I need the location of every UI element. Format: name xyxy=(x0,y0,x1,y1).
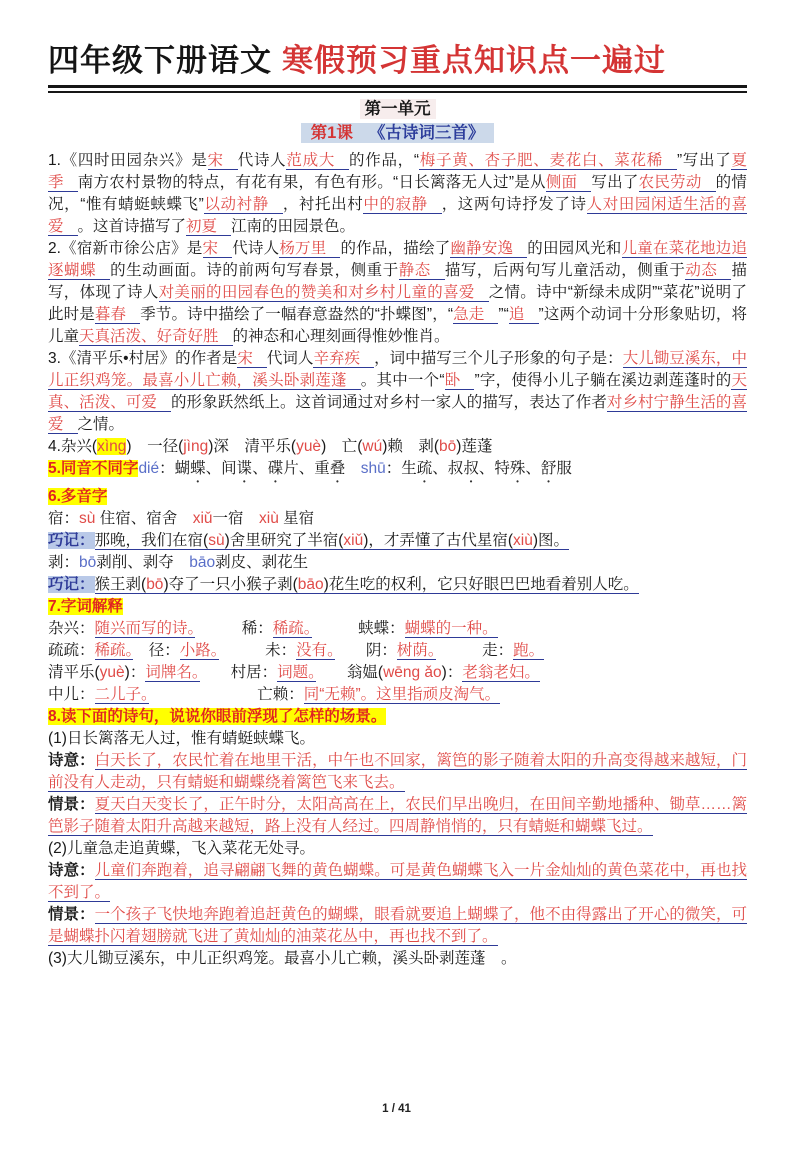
text-segment: yuè xyxy=(100,664,125,681)
text-segment: 侧面 xyxy=(546,174,592,192)
text-segment: 叔 xyxy=(463,460,479,477)
text-segment: )赖 剥( xyxy=(382,438,439,455)
text-segment: 诗意： xyxy=(48,862,95,879)
text-segment: 辛弃疾 xyxy=(313,350,374,368)
q3-paragraph: 3.《清平乐•村居》的作者是宋代词人辛弃疾，词中描写三个儿子形象的句子是：大儿锄… xyxy=(48,348,747,436)
text-segment: 3.《清平乐•村居》的作者是 xyxy=(48,350,237,367)
text-segment: )夺了一只小猴子剥( xyxy=(163,576,297,594)
text-segment: wēng ǎo xyxy=(383,664,442,681)
text-segment: 的生动画面。诗的前两句写春景，侧重于 xyxy=(110,262,399,279)
text-segment: 、 xyxy=(252,460,268,477)
text-segment: xiǔ xyxy=(193,510,213,527)
text-segment: 农民劳动 xyxy=(639,174,716,192)
text-segment: 代诗人 xyxy=(238,152,287,169)
text-segment: xiǔ xyxy=(343,532,363,550)
text-segment: 儿童们奔跑着，追寻翩翩飞舞的黄色蝴蝶。可是黄色蝴蝶飞入一片金灿灿的黄色菜花中，再… xyxy=(48,862,747,902)
text-segment: 动态 xyxy=(685,262,731,280)
text-segment: 。这首诗描写了 xyxy=(78,218,187,235)
text-segment: bāo xyxy=(298,576,324,594)
text-segment: 6.多音字 xyxy=(48,488,107,505)
text-segment: 殊 xyxy=(510,460,526,477)
text-segment: 蛱蝶： xyxy=(312,620,405,637)
q8-meaning2: 诗意：儿童们奔跑着，追寻翩翩飞舞的黄色蝴蝶。可是黄色蝴蝶飞入一片金灿灿的黄色菜花… xyxy=(48,860,747,904)
q7-defs-row1: 杂兴：随兴而写的诗。 稀：稀疏。 蛱蝶：蝴蝶的一种。 xyxy=(48,618,747,640)
text-segment: 那晚，我们在宿( xyxy=(95,532,209,550)
q7-defs-row4: 中儿：二儿子。 亡赖：同“无赖”。这里指顽皮淘气。 xyxy=(48,684,747,706)
text-segment: 词牌名。 xyxy=(145,664,199,682)
text-segment: )花生吃的权利，它只好眼巴巴地看着别人吃。 xyxy=(324,576,639,594)
text-segment: bāo xyxy=(189,554,215,571)
q6-bo-line: 剥：bō剥削、剥夺 bāo剥皮、剥花生 xyxy=(48,552,747,574)
text-segment: )，才弄懂了古代星宿( xyxy=(363,532,513,550)
text-segment: 静态 xyxy=(399,262,445,280)
text-segment: 白天长了，农民忙着在地里干活，中午也不回家，篱笆的影子随着太阳的升高变得越来越短… xyxy=(48,752,747,792)
text-segment: 叠 xyxy=(330,460,346,477)
text-segment: )： xyxy=(442,664,463,681)
q7-header: 7.字词解释 xyxy=(48,596,747,618)
q8-verse3: (3)大儿锄豆溪东，中儿正织鸡笼。最喜小儿亡赖，溪头卧剥莲蓬 。 xyxy=(48,948,747,970)
q2-paragraph: 2.《宿新市徐公店》是宋代诗人杨万里的作品，描绘了幽静安逸的田园风光和儿童在菜花… xyxy=(48,238,747,348)
text-segment: 星宿 xyxy=(279,510,314,527)
text-segment: 未： xyxy=(219,642,297,659)
text-segment: 对美丽的田园春色的赞美和对乡村儿童的喜爱 xyxy=(159,284,489,302)
text-segment: 。其中一个“ xyxy=(361,372,445,389)
text-segment: 剥皮、剥花生 xyxy=(215,554,308,571)
text-segment: 稀疏。 xyxy=(273,620,312,638)
text-segment: ”字，使得小儿子躺在溪边剥莲蓬时的 xyxy=(474,372,731,389)
text-segment: 一宿 xyxy=(213,510,260,527)
text-segment: 词题。 xyxy=(277,664,316,682)
text-segment: 谍 xyxy=(237,460,253,477)
text-segment: 幽静安逸 xyxy=(450,240,527,258)
page-number: 1 / 41 xyxy=(0,1103,793,1115)
text-segment: 之情。 xyxy=(78,416,125,433)
text-segment: )图。 xyxy=(533,532,569,550)
text-segment: 宋 xyxy=(208,152,238,170)
text-segment: 、间 xyxy=(206,460,237,477)
text-segment: 7.字词解释 xyxy=(48,598,123,615)
text-segment: (2)儿童急走追黄蝶，飞入菜花无处寻。 xyxy=(48,840,315,857)
text-segment: 、特 xyxy=(479,460,510,477)
text-segment: ”写出了 xyxy=(677,152,732,169)
text-segment: 的形象跃然纸上。这首词通过对乡村一家人的描写，表达了作者 xyxy=(171,394,607,411)
q5-homophone-line: 5.同音不同字dié：蝴蝶、间谍、碟片、重叠 shū：生疏、叔叔、特殊、舒服 xyxy=(48,458,747,486)
q8-header: 8.读下面的诗句，说说你眼前浮现了怎样的场景。 xyxy=(48,706,747,728)
title-divider xyxy=(48,85,747,93)
text-segment: 暮春 xyxy=(95,306,140,324)
text-segment: (3)大儿锄豆溪东，中儿正织鸡笼。最喜小儿亡赖，溪头卧剥莲蓬 。 xyxy=(48,950,516,967)
unit-heading-label: 第一单元 xyxy=(360,99,436,119)
text-segment: 杨万里 xyxy=(279,240,340,258)
text-segment: 、叔 xyxy=(432,460,463,477)
text-segment: 宿： xyxy=(48,510,79,527)
text-segment: 杂兴： xyxy=(48,620,95,637)
text-segment: jìng xyxy=(183,438,208,455)
q6-bo-mnemonic: 巧记：猴王剥(bō)夺了一只小猴子剥(bāo)花生吃的权利，它只好眼巴巴地看着别… xyxy=(48,574,747,596)
text-segment: ：蝴 xyxy=(159,460,190,477)
text-segment: 疏疏： xyxy=(48,642,95,659)
q4-pinyin-line: 4.杂兴(xìng) 一径(jìng)深 清平乐(yuè) 亡(wú)赖 剥(b… xyxy=(48,436,747,458)
text-segment: ，词中描写三个儿子形象的句子是： xyxy=(374,350,623,367)
lesson-heading: 第1课《古诗词三首》 xyxy=(48,122,747,144)
text-segment: bō xyxy=(79,554,96,571)
text-segment: 树荫。 xyxy=(397,642,436,660)
q8-scene1: 情景：夏天白天变长了，正午时分，太阳高高在上，农民们早出晚归，在田间辛勤地播种、… xyxy=(48,794,747,838)
text-segment: 翁媪( xyxy=(316,664,383,681)
text-segment: 一个孩子飞快地奔跑着追赶黄色的蝴蝶，眼看就要追上蝴蝶了，他不由得露出了开心的微笑… xyxy=(48,906,747,946)
text-segment: 的田园风光和 xyxy=(527,240,621,257)
lesson-title: 《古诗词三首》 xyxy=(369,124,485,142)
text-segment: 剥削、剥夺 xyxy=(96,554,189,571)
text-segment: ，这两句诗抒发了诗 xyxy=(442,196,587,213)
text-segment: 夏天白天变长了，正午时分，太阳高高在上，农民们早出晚归，在田间辛勤地播种、锄草…… xyxy=(48,796,747,836)
text-segment: yuè xyxy=(296,438,321,455)
text-segment: 二儿子。 xyxy=(95,686,149,704)
text-segment: 情景： xyxy=(48,906,95,923)
text-segment: )莲蓬 xyxy=(456,438,492,455)
text-segment: 卧 xyxy=(445,372,475,390)
text-segment: 天真活泼、好奇好胜 xyxy=(79,328,233,346)
q6-header: 6.多音字 xyxy=(48,486,747,508)
text-segment: 5.同音不同字 xyxy=(48,460,138,477)
document-page: 四年级下册语文寒假预习重点知识点一遍过 第一单元 第1课《古诗词三首》 1.《四… xyxy=(0,0,793,970)
q6-su-line: 宿：sù 住宿、宿舍 xiǔ一宿 xiù 星宿 xyxy=(48,508,747,530)
text-segment: 稀： xyxy=(195,620,273,637)
text-segment: 的作品，描绘了 xyxy=(340,240,450,257)
text-segment: 、 xyxy=(525,460,541,477)
page-title: 四年级下册语文寒假预习重点知识点一遍过 xyxy=(48,42,747,81)
text-segment: (1)日长篱落无人过，惟有蜻蜓蛱蝶飞。 xyxy=(48,730,315,747)
text-segment: 疏 xyxy=(417,460,433,477)
text-segment: 中的寂静 xyxy=(363,196,441,214)
text-segment: 巧记： xyxy=(48,576,95,593)
text-segment: 清平乐( xyxy=(48,664,100,681)
text-segment: 猴王剥( xyxy=(95,576,147,594)
text-segment: )深 清平乐( xyxy=(208,438,296,455)
text-segment: )舍里研究了半宿( xyxy=(225,532,344,550)
text-segment: bō xyxy=(146,576,163,594)
text-segment: 蝶 xyxy=(190,460,206,477)
text-segment: 服 xyxy=(556,460,572,477)
text-segment: dié xyxy=(138,460,159,477)
text-segment: 村居： xyxy=(200,664,278,681)
text-segment: ) 亡( xyxy=(321,438,362,455)
text-segment: 小路。 xyxy=(180,642,219,660)
page-title-course: 四年级下册语文 xyxy=(48,43,272,78)
text-segment: 江南的田园景色。 xyxy=(231,218,355,235)
text-segment: 急走 xyxy=(453,306,498,324)
text-segment: 没有。 xyxy=(296,642,335,660)
text-segment: 代诗人 xyxy=(232,240,279,257)
text-segment: ：生 xyxy=(386,460,417,477)
text-segment: bō xyxy=(439,438,456,455)
text-segment: wú xyxy=(362,438,382,455)
text-segment: 描写，后两句写儿童活动，侧重于 xyxy=(445,262,686,279)
text-segment: 同“无赖”。这里指顽皮淘气。 xyxy=(304,686,500,704)
text-segment: 舒 xyxy=(541,460,557,477)
text-segment: 亡赖： xyxy=(149,686,304,703)
text-segment: 稀疏。 xyxy=(95,642,134,660)
study-notes-body: 1.《四时田园杂兴》是宋代诗人范成大的作品，“梅子黄、杏子肥、麦花白、菜花稀”写… xyxy=(48,150,747,970)
text-segment: 剥： xyxy=(48,554,79,571)
text-segment: 碟 xyxy=(268,460,284,477)
text-segment: 梅子黄、杏子肥、麦花白、菜花稀 xyxy=(419,152,677,170)
page-title-subject: 寒假预习重点知识点一遍过 xyxy=(282,43,666,78)
text-segment: 4.杂兴( xyxy=(48,438,97,455)
text-segment: 宋 xyxy=(237,350,267,368)
text-segment: 老翁老妇。 xyxy=(462,664,540,682)
text-segment: 季节。诗中描绘了一幅春意盎然的“扑蝶图”，“ xyxy=(140,306,453,323)
text-segment: ，衬托出村 xyxy=(283,196,364,213)
text-segment: xiù xyxy=(259,510,279,527)
text-segment: 情景： xyxy=(48,796,95,813)
q8-verse1: (1)日长篱落无人过，惟有蜻蜓蛱蝶飞。 xyxy=(48,728,747,750)
text-segment: sù xyxy=(79,510,95,527)
q8-scene2: 情景：一个孩子飞快地奔跑着追赶黄色的蝴蝶，眼看就要追上蝴蝶了，他不由得露出了开心… xyxy=(48,904,747,948)
text-segment: shū xyxy=(361,460,386,477)
text-segment: 跑。 xyxy=(513,642,544,660)
text-segment: xiù xyxy=(513,532,533,550)
text-segment: 宋 xyxy=(203,240,233,258)
text-segment: 随兴而写的诗。 xyxy=(95,620,196,638)
text-segment xyxy=(345,460,361,477)
text-segment: 南方农村景物的特点，有花有果，有色有形。“日长篱落无人过”是从 xyxy=(78,174,546,191)
text-segment: 片、重 xyxy=(283,460,330,477)
q6-su-mnemonic: 巧记：那晚，我们在宿(sù)舍里研究了半宿(xiǔ)，才弄懂了古代星宿(xiù)… xyxy=(48,530,747,552)
text-segment: 的神态和心理刻画得惟妙惟肖。 xyxy=(233,328,450,345)
text-segment: )： xyxy=(125,664,146,681)
text-segment: xìng xyxy=(97,438,126,455)
text-segment: 范成大 xyxy=(286,152,349,170)
text-segment: 诗意： xyxy=(48,752,95,769)
q7-defs-row2: 疏疏：稀疏。 径：小路。 未：没有。 阴：树荫。 走：跑。 xyxy=(48,640,747,662)
text-segment: ) 一径( xyxy=(126,438,183,455)
lesson-heading-chip: 第1课《古诗词三首》 xyxy=(301,123,495,143)
text-segment: 写出了 xyxy=(591,174,638,191)
q1-paragraph: 1.《四时田园杂兴》是宋代诗人范成大的作品，“梅子黄、杏子肥、麦花白、菜花稀”写… xyxy=(48,150,747,238)
text-segment: 径： xyxy=(133,642,180,659)
text-segment: 8.读下面的诗句，说说你眼前浮现了怎样的场景。 xyxy=(48,708,386,725)
q7-defs-row3: 清平乐(yuè)：词牌名。 村居：词题。 翁媪(wēng ǎo)：老翁老妇。 xyxy=(48,662,747,684)
text-segment: 中儿： xyxy=(48,686,95,703)
text-segment: 阴： xyxy=(335,642,397,659)
text-segment: 巧记： xyxy=(48,532,95,549)
text-segment: 2.《宿新市徐公店》是 xyxy=(48,240,203,257)
unit-heading: 第一单元 xyxy=(48,99,747,120)
text-segment: 住宿、宿舍 xyxy=(95,510,192,527)
text-segment: 初夏 xyxy=(186,218,231,236)
text-segment: 1.《四时田园杂兴》是 xyxy=(48,152,208,169)
lesson-number: 第1课 xyxy=(311,124,353,142)
text-segment: ”“ xyxy=(498,306,508,323)
text-segment: 走： xyxy=(436,642,514,659)
text-segment: 以动衬静 xyxy=(204,196,283,214)
q8-verse2: (2)儿童急走追黄蝶，飞入菜花无处寻。 xyxy=(48,838,747,860)
text-segment: 蝴蝶的一种。 xyxy=(405,620,498,638)
text-segment: 的作品，“ xyxy=(349,152,419,169)
text-segment: sù xyxy=(208,532,224,550)
text-segment: 追 xyxy=(509,306,539,324)
q8-meaning1: 诗意：白天长了，农民忙着在地里干活，中午也不回家，篱笆的影子随着太阳的升高变得越… xyxy=(48,750,747,794)
text-segment: 代词人 xyxy=(267,350,314,367)
